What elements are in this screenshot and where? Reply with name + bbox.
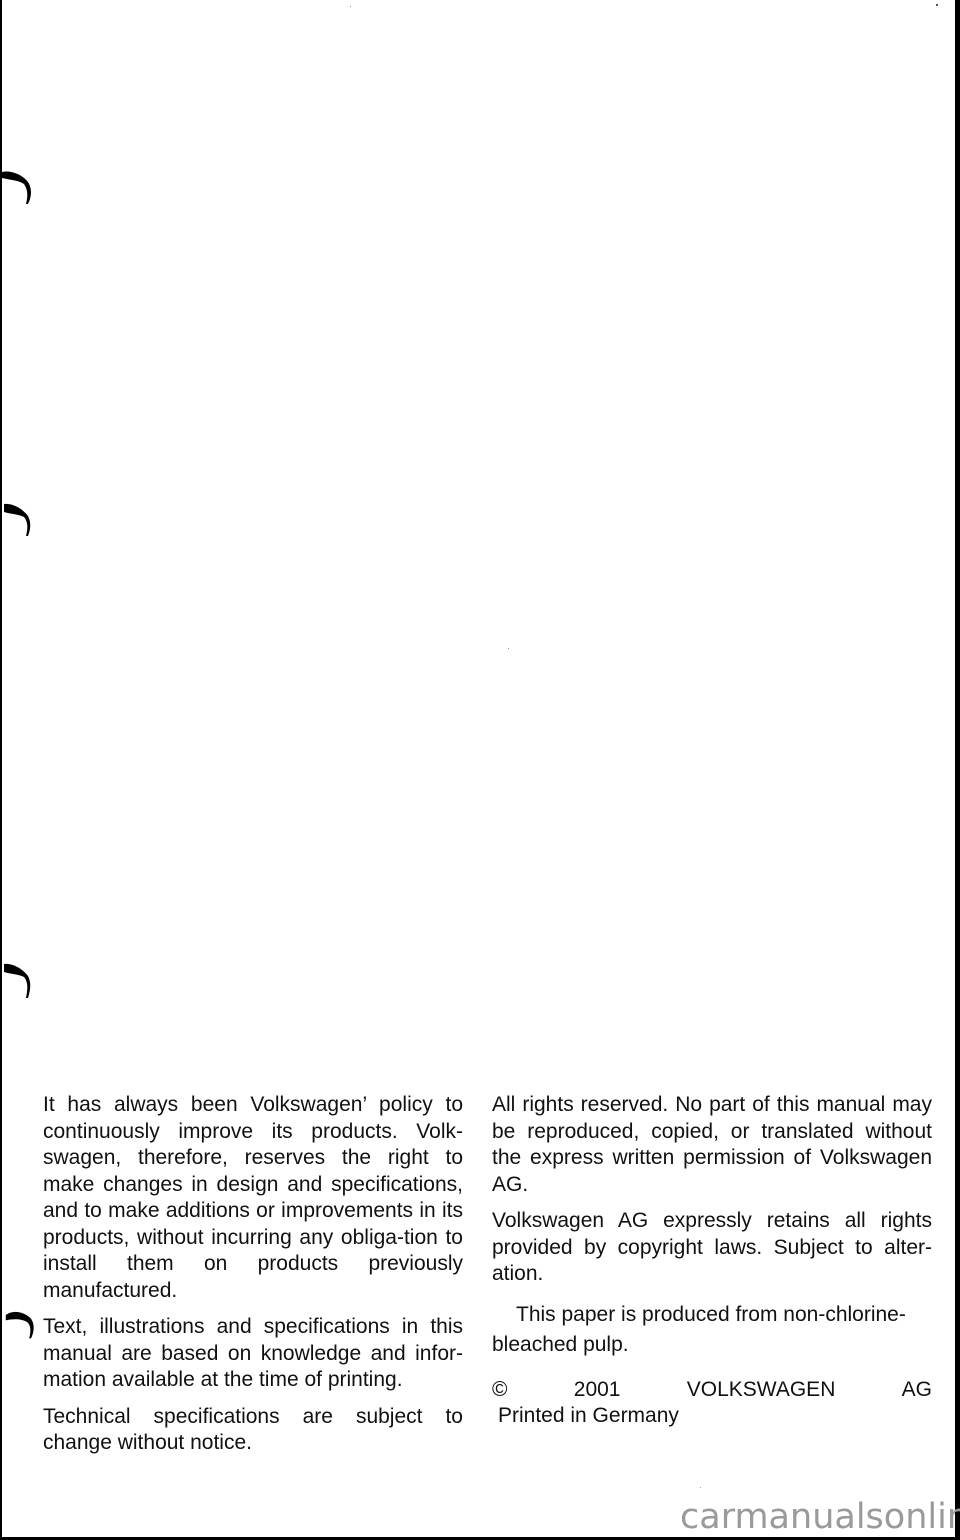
page-border-left [0,0,2,1540]
spec-change-notice-paragraph: Technical specifications are subject to … [43,1404,463,1457]
scan-speck [350,6,351,7]
binding-hook-mark-icon [4,1306,40,1342]
right-column: All rights reserved. No part of this man… [492,1092,932,1440]
scan-speck [936,4,938,6]
site-watermark: carmanualsonline.info [680,1497,960,1537]
binding-hook-mark-icon [0,960,40,1000]
policy-paragraph: It has always been Volkswagen’ policy to… [43,1092,463,1304]
binding-hook-mark-icon [0,168,40,208]
binding-hook-mark-icon [0,500,40,540]
knowledge-disclaimer-paragraph: Text, illustrations and specifications i… [43,1314,463,1394]
copyright-retention-paragraph: Volkswagen AG expressly retains all righ… [492,1208,932,1288]
left-column: It has always been Volkswagen’ policy to… [43,1092,463,1467]
copyright-suffix: AG [902,1377,932,1404]
page-border-right [955,0,960,1540]
paper-notice-line-2: bleached pulp. [492,1332,932,1359]
copyright-line: © 2001 VOLKSWAGEN AG [492,1377,932,1404]
copyright-symbol: © [492,1377,507,1404]
scan-speck [508,648,509,649]
rights-reserved-paragraph: All rights reserved. No part of this man… [492,1092,932,1198]
paper-notice-line-1: This paper is produced from non-chlorine… [492,1302,932,1329]
copyright-year: 2001 [574,1377,621,1404]
scan-speck [700,1487,701,1488]
copyright-company: VOLKSWAGEN [687,1377,836,1404]
printed-in-label: Printed in Germany [492,1403,932,1430]
manual-page: It has always been Volkswagen’ policy to… [0,0,960,1540]
